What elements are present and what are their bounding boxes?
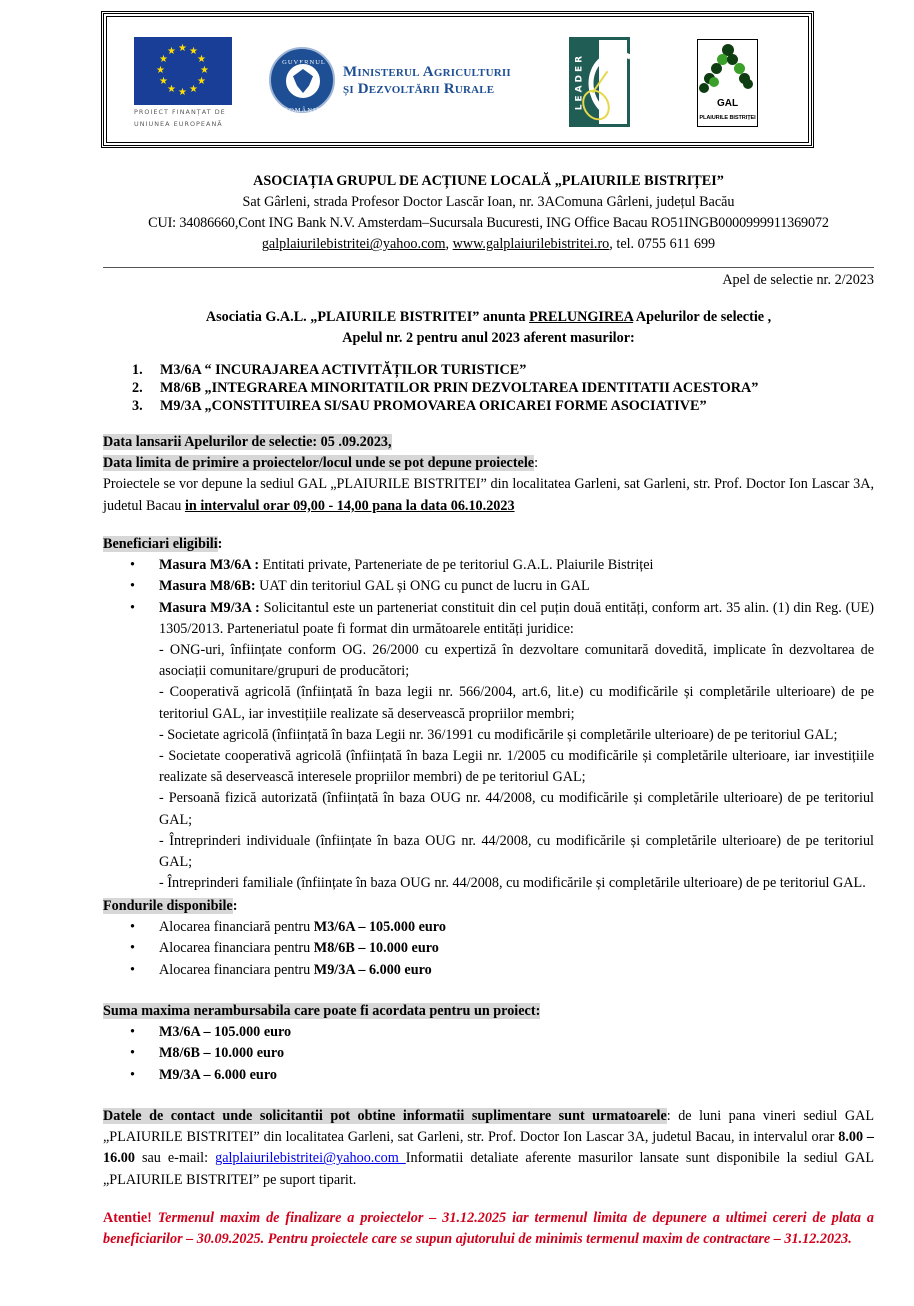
eu-flag-icon: ★★★★★★★★★★★★: [134, 37, 232, 105]
contact-heading: Datele de contact unde solicitantii pot …: [103, 1108, 667, 1124]
eu-logo: ★★★★★★★★★★★★ PROIECT FINANȚAT DE UNIUNEA…: [134, 37, 234, 128]
eu-caption-line2: UNIUNEA EUROPEANĂ: [134, 120, 234, 129]
gal-logo: GAL PLAIURILE BISTRIȚEI: [697, 39, 758, 127]
organization-contact: galplaiurilebistritei@yahoo.com, www.gal…: [103, 234, 874, 255]
eligible-entity: - ONG-uri, înființate conform OG. 26/200…: [103, 640, 874, 682]
max-amount-list: •M3/6A – 105.000 euro •M8/6B – 10.000 eu…: [103, 1022, 874, 1086]
leader-seed-icon: [577, 85, 616, 126]
organization-email-link[interactable]: galplaiurilebistritei@yahoo.com: [262, 236, 446, 252]
star-icon: ★: [178, 44, 187, 54]
bullet-icon: •: [130, 598, 135, 619]
star-icon: ★: [200, 66, 209, 76]
beneficiaries-list: •Masura M3/6A : Entitati private, Parten…: [103, 555, 874, 640]
bullet-icon: •: [130, 917, 135, 938]
measures-list: 1.M3/6A “ INCURAJAREA ACTIVITĂȚILOR TURI…: [103, 361, 874, 415]
eligible-entity: - Societate cooperativă agricolă (înfiin…: [103, 746, 874, 788]
bullet-icon: •: [130, 576, 135, 597]
star-icon: ★: [189, 47, 198, 57]
separator-line: [103, 267, 874, 268]
eligible-entity: - Persoană fizică autorizată (înființată…: [103, 788, 874, 830]
star-icon: ★: [178, 88, 187, 98]
seal-top-text: GUVERNUL: [277, 52, 331, 73]
max-amount-heading: Suma maxima nerambursabila care poate fi…: [103, 1003, 540, 1019]
submission-interval: in intervalul orar 09,00 - 14,00 pana la…: [185, 498, 515, 514]
bullet-icon: •: [130, 1022, 135, 1043]
star-icon: ★: [197, 55, 206, 65]
eligible-entity: - Întreprinderi individuale (înființate …: [103, 831, 874, 873]
announcement-intro: Asociatia G.A.L. „PLAIURILE BISTRITEI” a…: [103, 307, 874, 349]
measure-item: 2.M8/6B „INTEGRAREA MINORITATILOR PRIN D…: [103, 379, 874, 397]
gal-logo-title: GAL: [698, 93, 757, 114]
document-page: ★★★★★★★★★★★★ PROIECT FINANȚAT DE UNIUNEA…: [0, 0, 914, 1306]
organization-details: Sat Gârleni, strada Profesor Doctor Lasc…: [103, 192, 874, 256]
extension-emphasis: PRELUNGIREA: [529, 309, 633, 325]
eagle-icon: [293, 69, 313, 93]
beneficiary-item: •Masura M3/6A : Entitati private, Parten…: [103, 555, 874, 576]
max-amount-item: •M9/3A – 6.000 euro: [103, 1065, 874, 1086]
star-icon: ★: [197, 77, 206, 87]
leader-arc-icon: [579, 43, 630, 127]
measure-item: 3.M9/3A „CONSTITUIREA SI/SAU PROMOVAREA …: [103, 397, 874, 415]
logo-header-box: ★★★★★★★★★★★★ PROIECT FINANȚAT DE UNIUNEA…: [101, 11, 814, 148]
bullet-icon: •: [130, 938, 135, 959]
organization-website-link[interactable]: www.galplaiurilebistritei.ro: [453, 236, 610, 252]
dates-section: Data lansarii Apelurilor de selectie: 05…: [103, 432, 874, 517]
bullet-icon: •: [130, 1065, 135, 1086]
submission-info: Proiectele se vor depune la sediul GAL „…: [103, 474, 874, 516]
beneficiary-item: •Masura M9/3A : Solicitantul este un par…: [103, 598, 874, 640]
contact-email-link[interactable]: galplaiurilebistritei@yahoo.com: [215, 1150, 406, 1166]
max-amount-item: •M8/6B – 10.000 euro: [103, 1043, 874, 1064]
fund-item: •Alocarea financiara pentru M8/6B – 10.0…: [103, 938, 874, 959]
eligible-entity: - Întreprinderi familiale (înființate în…: [103, 873, 874, 894]
organization-bank: CUI: 34086660,Cont ING Bank N.V. Amsterd…: [103, 213, 874, 234]
max-amount-item: •M3/6A – 105.000 euro: [103, 1022, 874, 1043]
funds-list: •Alocarea financiară pentru M3/6A – 105.…: [103, 917, 874, 981]
bullet-icon: •: [130, 960, 135, 981]
organization-name: ASOCIAȚIA GRUPUL DE ACȚIUNE LOCALĂ „PLAI…: [103, 171, 874, 192]
warning-text: Termenul maxim de finalizare a proiectel…: [103, 1210, 874, 1247]
eligible-entity: - Cooperativă agricolă (înființată în ba…: [103, 682, 874, 724]
warning-notice: Atentie! Termenul maxim de finalizare a …: [103, 1208, 874, 1250]
max-amount-section: Suma maxima nerambursabila care poate fi…: [103, 1001, 874, 1086]
contact-section: Datele de contact unde solicitantii pot …: [103, 1106, 874, 1191]
star-icon: ★: [156, 66, 165, 76]
funds-heading: Fondurile disponibile: [103, 898, 233, 914]
beneficiaries-heading: Beneficiari eligibili: [103, 536, 218, 552]
star-icon: ★: [167, 47, 176, 57]
bullet-icon: •: [130, 555, 135, 576]
eu-caption-line1: PROIECT FINANȚAT DE: [134, 108, 234, 117]
leader-text: LEADER: [569, 52, 590, 112]
star-icon: ★: [159, 77, 168, 87]
government-seal-icon: GUVERNUL ROMÂNIEI: [269, 47, 335, 113]
star-icon: ★: [167, 85, 176, 95]
funds-section: Fondurile disponibile: •Alocarea financi…: [103, 896, 874, 981]
gal-logo-subtitle: PLAIURILE BISTRIȚEI: [698, 108, 757, 129]
beneficiary-item: •Masura M8/6B: UAT din teritoriul GAL și…: [103, 576, 874, 597]
organization-address: Sat Gârleni, strada Profesor Doctor Lasc…: [103, 192, 874, 213]
fund-item: •Alocarea financiara pentru M9/3A – 6.00…: [103, 960, 874, 981]
seal-bottom-text: ROMÂNIEI: [277, 100, 331, 121]
ministry-name: Ministerul Agriculturii și Dezvoltării R…: [343, 64, 511, 98]
warning-label: Atentie!: [103, 1210, 152, 1226]
star-icon: ★: [189, 85, 198, 95]
call-number: Apel de selectie nr. 2/2023: [103, 270, 874, 291]
bullet-icon: •: [130, 1043, 135, 1064]
leader-logo: LEADER: [569, 37, 630, 127]
fund-item: •Alocarea financiară pentru M3/6A – 105.…: [103, 917, 874, 938]
measure-item: 1.M3/6A “ INCURAJAREA ACTIVITĂȚILOR TURI…: [103, 361, 874, 379]
beneficiaries-section: Beneficiari eligibili: •Masura M3/6A : E…: [103, 534, 874, 894]
ministry-logo: GUVERNUL ROMÂNIEI Ministerul Agriculturi…: [269, 47, 539, 115]
eligible-entity: - Societate agricolă (înființată în baza…: [103, 725, 874, 746]
deadline-label: Data limita de primire a proiectelor/loc…: [103, 455, 534, 471]
star-icon: ★: [159, 55, 168, 65]
launch-date: Data lansarii Apelurilor de selectie: 05…: [103, 434, 392, 450]
